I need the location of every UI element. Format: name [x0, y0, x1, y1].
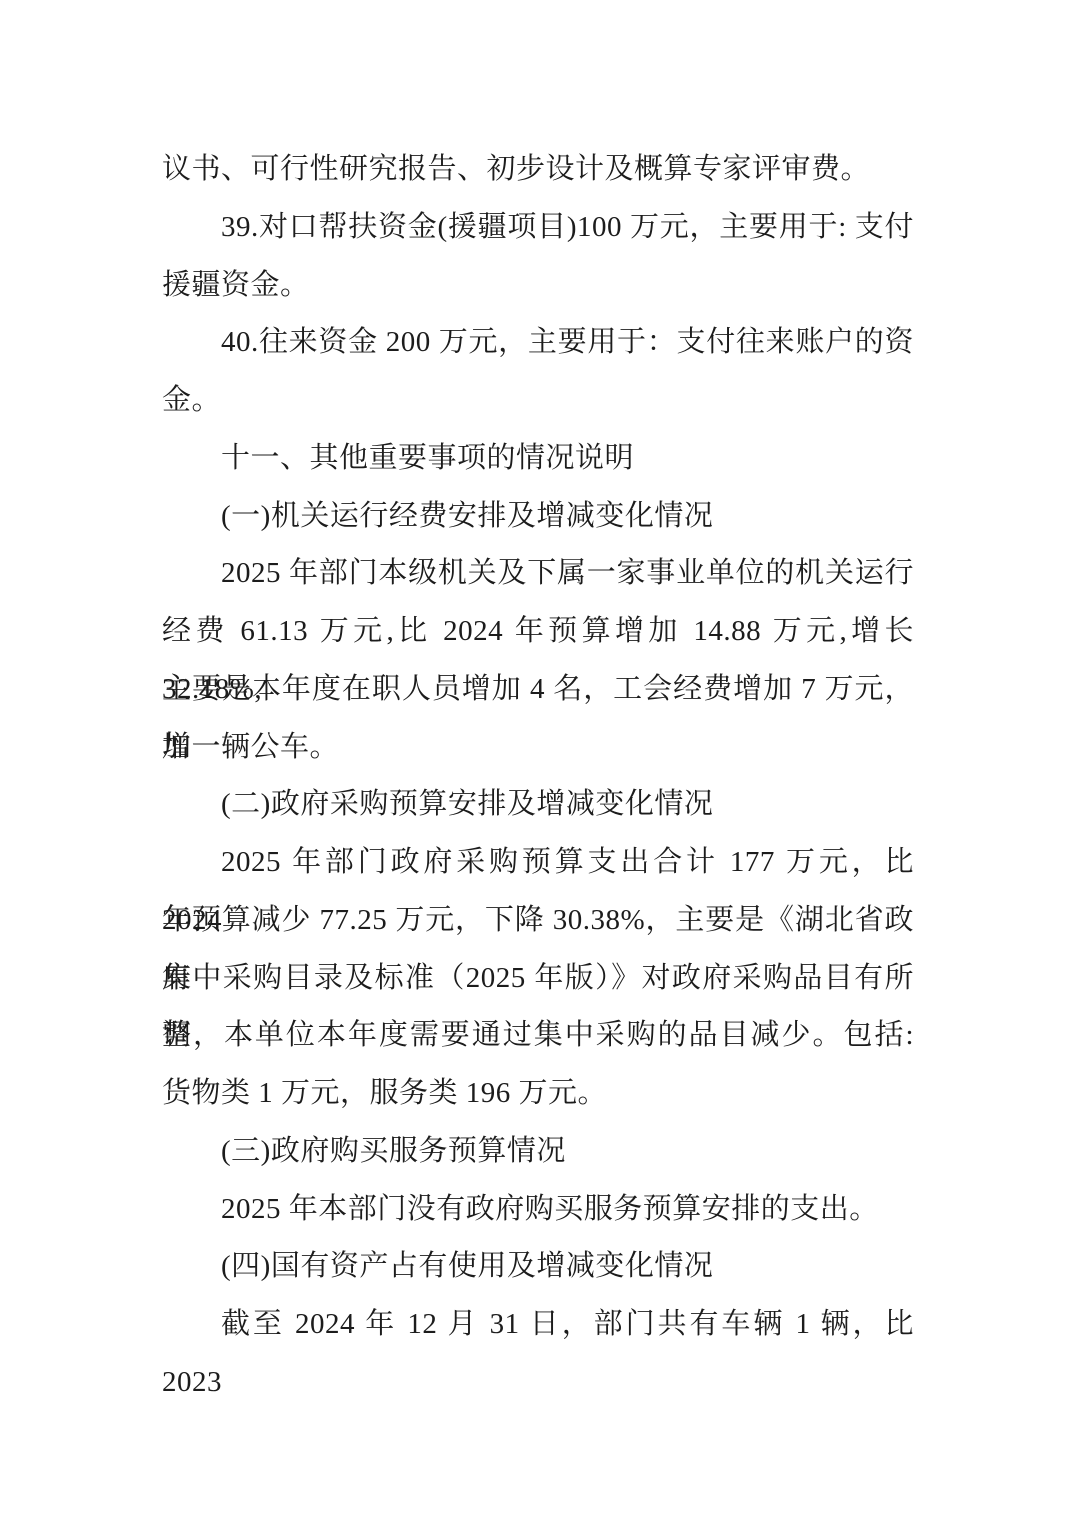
subsection-heading: (二)政府采购预算安排及增减变化情况 — [162, 776, 914, 834]
text-line: 议书、可行性研究报告、初步设计及概算专家评审费。 — [162, 141, 914, 199]
subsection-heading: (一)机关运行经费安排及增减变化情况 — [162, 488, 914, 546]
text-line: 货物类 1 万元，服务类 196 万元。 — [162, 1065, 914, 1123]
text-line: 主要是本年度在职人员增加 4 名，工会经费增加 7 万元，增 — [162, 661, 914, 719]
text-line: 年预算减少 77.25 万元，下降 30.38%，主要是《湖北省政府 — [162, 892, 914, 950]
document-page: 议书、可行性研究报告、初步设计及概算专家评审费。 39.对口帮扶资金(援疆项目)… — [0, 0, 1074, 1520]
text-line: 截至 2024 年 12 月 31 日，部门共有车辆 1 辆，比 2023 — [162, 1296, 914, 1354]
text-line: 金。 — [162, 372, 914, 430]
document-text-block: 议书、可行性研究报告、初步设计及概算专家评审费。 39.对口帮扶资金(援疆项目)… — [162, 141, 914, 1354]
subsection-heading: (四)国有资产占有使用及增减变化情况 — [162, 1238, 914, 1296]
text-line: 39.对口帮扶资金(援疆项目)100 万元，主要用于: 支付 — [162, 199, 914, 257]
text-line: 2025 年部门政府采购预算支出合计 177 万元，比 2024 — [162, 834, 914, 892]
text-line: 40.往来资金 200 万元，主要用于：支付往来账户的资 — [162, 314, 914, 372]
text-line: 援疆资金。 — [162, 257, 914, 315]
text-line: 2025 年本部门没有政府购买服务预算安排的支出。 — [162, 1181, 914, 1239]
text-line: 加一辆公车。 — [162, 719, 914, 777]
subsection-heading: (三)政府购买服务预算情况 — [162, 1123, 914, 1181]
text-line: 集中采购目录及标准（2025 年版）》对政府采购品目有所调 — [162, 950, 914, 1008]
text-line: 经费 61.13 万元,比 2024 年预算增加 14.88 万元,增长 32.… — [162, 603, 914, 661]
section-heading: 十一、其他重要事项的情况说明 — [162, 430, 914, 488]
text-line: 整，本单位本年度需要通过集中采购的品目减少。包括: — [162, 1007, 914, 1065]
text-line: 2025 年部门本级机关及下属一家事业单位的机关运行 — [162, 545, 914, 603]
